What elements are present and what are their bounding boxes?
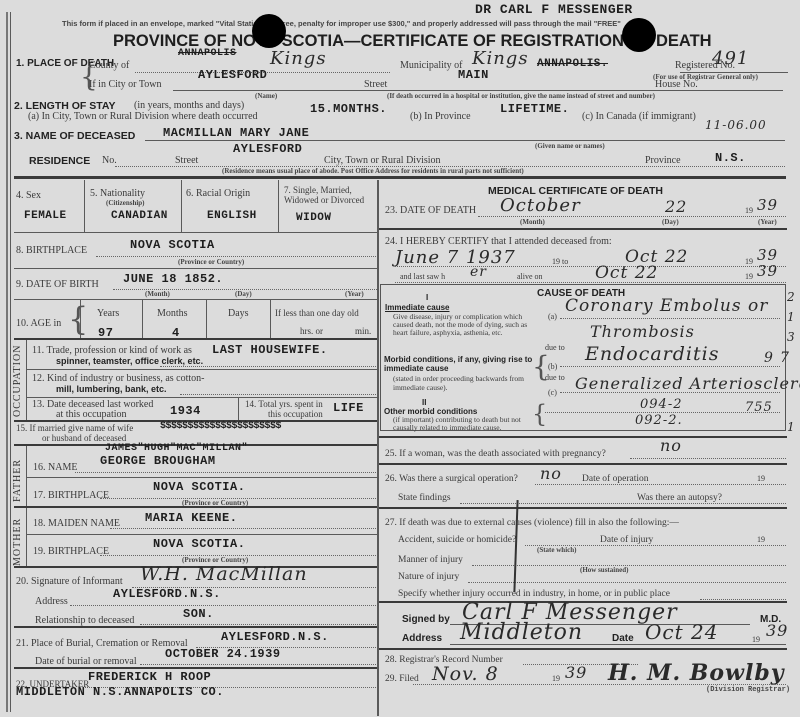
dob-value: JUNE 18 1852. — [123, 272, 223, 286]
injury-year-prefix: 19 — [757, 535, 765, 544]
city-label: If in City or Town — [89, 79, 161, 90]
nature-label: Nature of injury — [398, 572, 459, 582]
margin-code: 2 — [787, 290, 796, 304]
cause-b-line — [560, 366, 780, 367]
sex-value: FEMALE — [24, 210, 67, 222]
row-line — [26, 397, 377, 398]
alive-on-label: alive on — [517, 272, 543, 281]
marital-value: WIDOW — [296, 212, 332, 224]
division-registrar-note: (Division Registrar) — [706, 686, 790, 694]
industry-label: 12. Kind of industry or business, as cot… — [32, 373, 205, 384]
row-line — [26, 534, 377, 535]
name-note: (Name) — [255, 92, 277, 100]
surgery-label: 26. Was there a surgical operation? — [385, 474, 518, 484]
redaction-dot — [622, 18, 656, 52]
stay-city-label: (a) In City, Town or Rural Division wher… — [28, 111, 258, 122]
name-line — [145, 140, 785, 141]
col-divider — [181, 180, 182, 232]
informant-signature: W.H. MacMillan — [140, 563, 308, 585]
filed-year: 39 — [565, 663, 587, 682]
last-saw-her: er — [470, 264, 487, 280]
mother-birthplace: NOVA SCOTIA. — [153, 537, 245, 551]
margin-code: 3 — [787, 330, 796, 344]
mail-notice: This form if placed in an envelope, mark… — [62, 19, 621, 28]
province-value: N.S. — [715, 151, 746, 165]
father-birthplace-label: 17. BIRTHPLACE — [33, 490, 109, 501]
residence-city-label: City, Town or Rural Division — [324, 155, 441, 166]
age-less-label: If less than one day old — [275, 308, 359, 318]
age-divider — [142, 300, 143, 338]
row-line — [26, 369, 377, 370]
autopsy-label: Was there an autopsy? — [637, 493, 722, 503]
registered-number: 491 — [712, 48, 749, 69]
cause-a-line — [560, 318, 780, 319]
racial-origin-label: 6. Racial Origin — [186, 188, 250, 199]
findings-line — [460, 503, 786, 504]
attended-to-label: 19 to — [552, 257, 568, 266]
father-name-alt: JAMES"HUGH"MAC"MILLAN" — [105, 443, 248, 454]
birthplace-line — [96, 256, 376, 257]
undertaker-address: MIDDLETON N.S.ANNAPOLIS CO. — [16, 685, 224, 699]
undertaker-name: FREDERICK H ROOP — [88, 670, 211, 684]
birthplace-value: NOVA SCOTIA — [130, 238, 215, 252]
cause-c-line — [560, 392, 780, 393]
other-help: (if important) contributing to death but… — [393, 416, 533, 432]
relationship-label: Relationship to deceased — [35, 615, 134, 626]
doctor-address-label: Address — [402, 633, 442, 644]
father-name-label: 16. NAME — [33, 462, 77, 473]
hospital-note: (If death occurred in a hospital or inst… — [387, 92, 655, 100]
margin-code: 1 — [787, 310, 796, 324]
stay-canada-label: (c) In Canada (if immigrant) — [582, 111, 696, 122]
filed-line — [413, 684, 786, 685]
maiden-name-label: 18. MAIDEN NAME — [33, 518, 120, 529]
deceased-name-label: 3. NAME OF DECEASED — [14, 130, 135, 142]
manner-line — [472, 565, 786, 566]
margin-code: 7 — [780, 350, 790, 366]
racial-origin-value: ENGLISH — [207, 210, 257, 222]
birthplace-note: (Province or Country) — [178, 258, 244, 266]
spouse-sub: or husband of deceased — [42, 433, 126, 443]
certify-label: 24. I HEREBY CERTIFY that I attended dec… — [385, 236, 612, 247]
left-border-inner — [10, 12, 11, 712]
pen-mark — [513, 500, 518, 592]
death-month-note: (Month) — [520, 218, 545, 226]
sign-date-label: Date — [612, 633, 634, 644]
age-label: 10. AGE in — [16, 318, 61, 329]
father-side-label: FATHER — [12, 452, 23, 502]
surgery-date-label: Date of operation — [582, 474, 648, 484]
col-divider — [84, 180, 85, 232]
given-name-note: (Given name or names) — [535, 142, 605, 150]
cause-a-label: (a) — [548, 312, 557, 321]
residence-label: RESIDENCE — [29, 155, 90, 167]
house-label: House No. — [655, 79, 698, 90]
place-of-death-label: 1. PLACE OF DEATH — [16, 58, 76, 69]
surgery-value: no — [540, 464, 562, 483]
row-line — [14, 268, 377, 269]
redaction-dot — [252, 14, 286, 48]
row-line — [379, 648, 787, 650]
death-day-note: (Day) — [662, 218, 679, 226]
col-divider — [278, 180, 279, 232]
center-divider — [377, 180, 379, 716]
row-line — [26, 477, 377, 478]
death-date-line — [478, 216, 786, 217]
mother-birthplace-label: 19. BIRTHPLACE — [33, 546, 109, 557]
age-min-label: min. — [355, 326, 371, 336]
death-year: 39 — [757, 196, 778, 214]
father-name: GEORGE BROUGHAM — [100, 454, 216, 468]
trade-label: 11. Trade, profession or kind of work as — [32, 345, 192, 356]
row-line — [14, 232, 377, 233]
surgery-year-prefix: 19 — [757, 474, 765, 483]
trade-value: LAST HOUSEWIFE. — [212, 343, 328, 357]
informant-address: AYLESFORD.N.S. — [113, 587, 221, 601]
cause-b-label: (b) — [548, 362, 557, 371]
city-line — [173, 90, 783, 91]
marital-label: 7. Single, Married, Widowed or Divorced — [284, 185, 376, 205]
father-divider — [26, 446, 27, 506]
cause-c-label: (c) — [548, 388, 557, 397]
address-line — [450, 644, 786, 645]
attended-from: June 7 1937 — [395, 247, 516, 268]
last-saw-label: and last saw h — [400, 272, 445, 281]
informant-sig-label: 20. Signature of Informant — [16, 576, 123, 587]
age-divider — [206, 300, 207, 338]
dob-month-note: (Month) — [145, 290, 170, 298]
residence-note: (Residence means usual place of abode. P… — [222, 167, 524, 175]
sign-year: 39 — [766, 621, 788, 640]
relationship-line — [140, 624, 376, 625]
sex-label: 4. Sex — [16, 190, 41, 201]
burial-date-label: Date of burial or removal — [35, 656, 137, 667]
length-of-stay-sub: (in years, months and days) — [134, 100, 244, 111]
signed-by-label: Signed by — [402, 614, 450, 625]
father-birthplace: NOVA SCOTIA. — [153, 480, 245, 494]
occupation-side-label: OCCUPATION — [12, 345, 23, 417]
accident-label: Accident, suicide or homicide? — [398, 535, 516, 545]
doctor-address: Middleton — [460, 620, 583, 645]
age-hrs-label: hrs. or — [300, 326, 323, 336]
burial-date-line — [140, 664, 376, 665]
injury-date-label: Date of injury — [600, 535, 653, 545]
death-certificate: DR CARL F MESSENGER This form if placed … — [0, 0, 800, 717]
other-num: II — [422, 398, 426, 407]
due-to-label-2: due to — [545, 373, 565, 382]
residence-city-value: AYLESFORD — [233, 142, 302, 156]
age-years-label: Years — [97, 308, 119, 319]
registrar-signature: H. M. Bowlby — [608, 660, 785, 686]
immediate-num: I — [426, 293, 428, 302]
sign-year-prefix: 19 — [752, 635, 760, 644]
maiden-name: MARIA KEENE. — [145, 511, 237, 525]
row-line — [379, 436, 787, 438]
burial-date: OCTOBER 24.1939 — [165, 647, 281, 661]
other-condition-1: 094-2 — [640, 397, 682, 412]
county-label: County of — [89, 60, 129, 71]
alive-on-year: 39 — [757, 262, 778, 280]
stay-city-value: 15.MONTHS. — [310, 102, 387, 116]
mother-divider — [26, 508, 27, 568]
burial-place-label: 21. Place of Burial, Cremation or Remova… — [16, 638, 188, 649]
city-value: AYLESFORD — [198, 68, 267, 82]
stay-province-label: (b) In Province — [410, 111, 471, 122]
alive-year-prefix: 19 — [745, 272, 753, 281]
other-condition-2: 092-2. — [635, 413, 683, 428]
birthplace-label: 8. BIRTHPLACE — [16, 245, 87, 256]
brace: { — [68, 300, 88, 338]
spouse-value: $$$$$$$$$$$$$$$$$$$$$$ — [160, 421, 281, 432]
margin-note: 11-06.00 — [705, 118, 767, 132]
nationality-label: 5. Nationality — [90, 188, 145, 199]
cause-a: Coronary Embolus or — [565, 296, 768, 316]
margin-code-755: 755 — [745, 400, 773, 415]
county-struck: ANNAPOLIS — [178, 48, 237, 59]
death-year-note: (Year) — [758, 218, 777, 226]
maiden-name-line — [110, 528, 376, 529]
trade-sub: spinner, teamster, office clerk, etc. — [56, 356, 203, 366]
attended-line — [395, 266, 786, 267]
total-years-value: LIFE — [333, 401, 364, 415]
manner-label: Manner of injury — [398, 555, 463, 565]
margin-code: 1 — [787, 420, 796, 434]
alive-line — [395, 282, 786, 283]
immediate-help: Give disease, injury or complication whi… — [393, 313, 533, 337]
pregnancy-label: 25. If a woman, was the death associated… — [385, 449, 606, 459]
father-name-line — [75, 472, 376, 473]
death-month: October — [500, 195, 581, 216]
relationship-value: SON. — [183, 607, 214, 621]
age-days-label: Days — [228, 308, 249, 319]
filed-date: Nov. 8 — [432, 663, 499, 685]
total-years-label: 14. Total yrs. spent in — [245, 399, 323, 409]
burial-place: AYLESFORD.N.S. — [221, 630, 329, 644]
left-border — [6, 12, 8, 712]
morbid-label: Morbid conditions, if any, giving rise t… — [384, 355, 534, 373]
specify-line — [700, 599, 786, 600]
trade-line — [160, 366, 376, 367]
stay-province-value: LIFETIME. — [500, 102, 569, 116]
industry-sub: mill, lumbering, bank, etc. — [56, 384, 167, 394]
total-years-sub: this occupation — [268, 409, 323, 419]
dob-label: 9. DATE OF BIRTH — [16, 279, 99, 290]
province-label: Province — [645, 155, 681, 166]
informant-address-label: Address — [35, 596, 68, 607]
spouse-label: 15. If married give name of wife — [16, 423, 133, 433]
morbid-help: (stated in order proceeding backwards fr… — [393, 374, 533, 392]
dob-day-note: (Day) — [235, 290, 252, 298]
county-value: Kings — [270, 48, 327, 69]
industry-line — [180, 394, 376, 395]
alive-on: Oct 22 — [595, 263, 658, 283]
row-line — [379, 507, 787, 509]
brace: { — [532, 400, 547, 428]
state-which-note: (State which) — [537, 546, 576, 554]
nationality-sub: (Citizenship) — [106, 199, 145, 207]
row-line — [14, 626, 377, 628]
pregnancy-line — [630, 458, 786, 459]
street-value: MAIN — [458, 68, 489, 82]
age-divider — [80, 300, 81, 338]
dob-year-note: (Year) — [345, 290, 364, 298]
row-line — [14, 667, 377, 669]
attended-year-prefix: 19 — [745, 257, 753, 266]
margin-code: 9 — [764, 350, 774, 366]
cause-c: Generalized Arteriosclerosis — [575, 374, 800, 393]
immediate-label: Immediate cause — [385, 303, 449, 312]
death-date-label: 23. DATE OF DEATH — [385, 205, 476, 216]
municipality-value: Kings — [472, 48, 529, 69]
row-line — [14, 338, 377, 340]
sign-date: Oct 24 — [645, 620, 718, 644]
pregnancy-value: no — [660, 436, 682, 455]
row-line — [379, 463, 787, 465]
informant-address-line — [70, 605, 376, 606]
external-causes-label: 27. If death was due to external causes … — [385, 518, 679, 528]
occupation-divider — [238, 398, 239, 420]
municipality-label: Municipality of — [400, 60, 463, 71]
specify-label: Specify whether injury occurred in indus… — [398, 589, 670, 599]
residence-no-label: No. — [102, 155, 117, 166]
how-sustained-note: (How sustained) — [580, 566, 628, 574]
municipality-struck: ANNAPOLIS. — [537, 58, 608, 70]
age-months-label: Months — [157, 308, 188, 319]
occupation-divider — [26, 340, 27, 420]
deceased-name: MACMILLAN MARY JANE — [163, 126, 309, 140]
death-day: 22 — [665, 197, 687, 216]
filed-label: 29. Filed — [385, 674, 419, 684]
last-worked-value: 1934 — [170, 404, 201, 418]
section-divider — [14, 176, 786, 179]
age-divider — [270, 300, 271, 338]
findings-label: State findings — [398, 493, 451, 503]
residence-street-label: Street — [175, 155, 198, 166]
filed-year-prefix: 19 — [552, 674, 560, 683]
cause-b: Endocarditis — [585, 343, 719, 365]
death-year-prefix: 19 — [745, 206, 753, 215]
cause-a2: Thrombosis — [590, 322, 695, 341]
last-worked-sub: at this occupation — [56, 409, 127, 420]
street-label: Street — [364, 79, 387, 90]
surgery-line — [535, 484, 786, 485]
nationality-value: CANADIAN — [111, 210, 168, 222]
row-line — [14, 506, 377, 508]
mother-side-label: MOTHER — [12, 510, 23, 566]
doctor-stamp: DR CARL F MESSENGER — [475, 2, 633, 17]
row-line — [379, 228, 787, 230]
